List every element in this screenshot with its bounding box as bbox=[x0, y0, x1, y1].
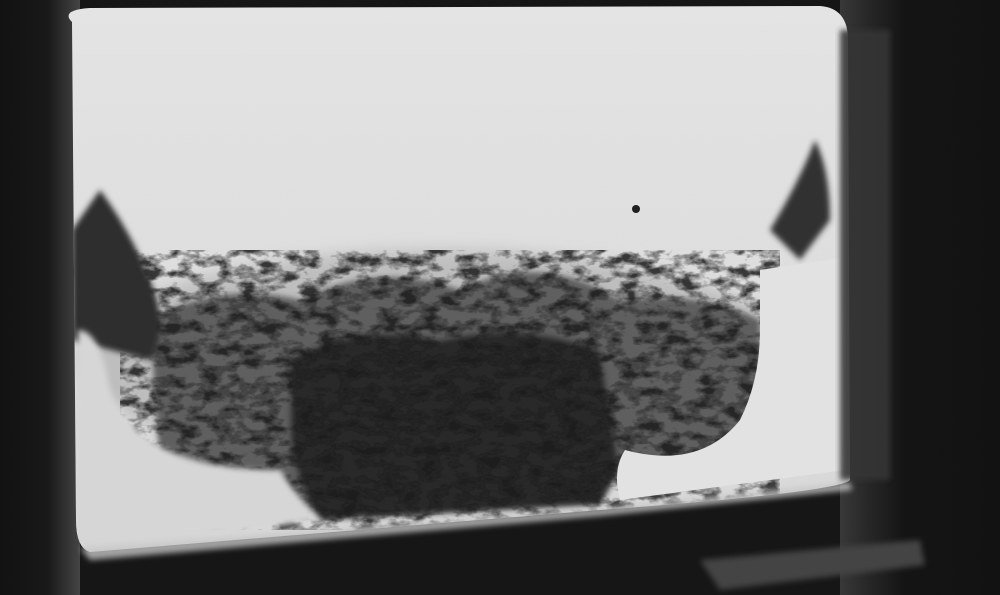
window-view bbox=[0, 0, 1000, 595]
film-still bbox=[0, 0, 1000, 595]
